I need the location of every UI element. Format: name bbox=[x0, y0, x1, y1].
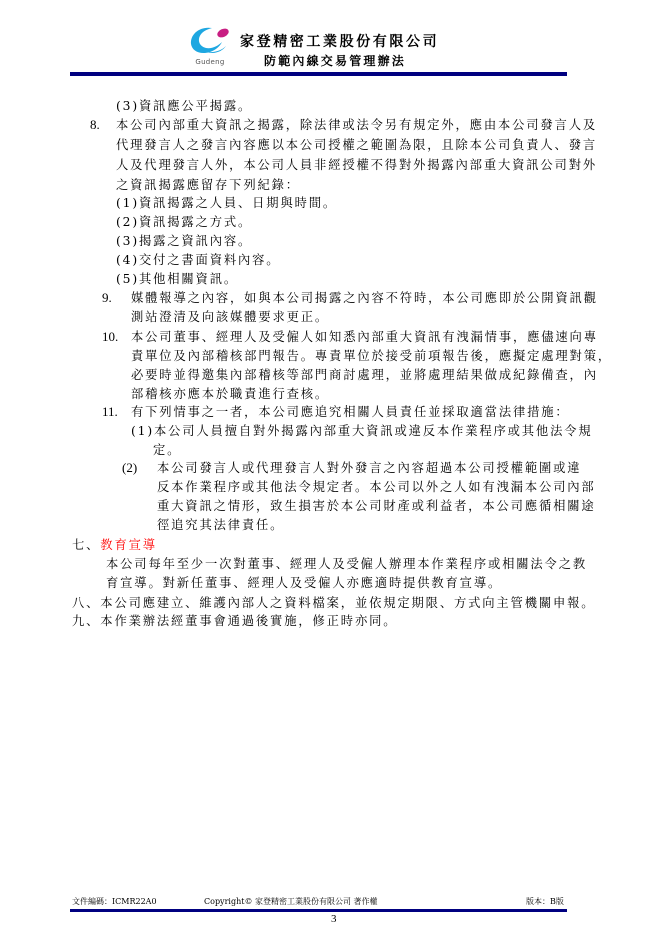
item9-line: 測站澄清及向該媒體要求更正。 bbox=[131, 309, 329, 325]
item11-number: 11. bbox=[102, 404, 118, 420]
item9-number: 9. bbox=[102, 290, 112, 306]
item8-number: 8. bbox=[90, 117, 100, 133]
item11-subitem-2-line: 重大資訊之情形，致生損害於本公司財產或利益者，本公司應循相關途 bbox=[157, 498, 596, 514]
item10-line: 本公司董事、經理人及受僱人如知悉內部重大資訊有洩漏情事，應儘速向專 bbox=[131, 329, 598, 345]
item11-subitem-1-cont: 定。 bbox=[153, 442, 181, 458]
item11-subitem-1: (1)本公司人員擅自對外揭露內部重大資訊或違反本作業程序或其他法令規 bbox=[131, 423, 593, 439]
item11-subitem-2-label: (2) bbox=[122, 460, 137, 476]
gudeng-logo-icon bbox=[186, 24, 234, 58]
item8-line: 之資訊揭露應留存下列紀錄： bbox=[116, 177, 300, 193]
item8-subitem: (4)交付之書面資料內容。 bbox=[116, 252, 280, 268]
company-name: 家登精密工業股份有限公司 bbox=[240, 31, 439, 51]
company-logo: Gudeng bbox=[186, 24, 234, 68]
item11-subitem-2-line: 本公司發言人或代理發言人對外發言之內容超過本公司授權範圍或違 bbox=[157, 460, 581, 476]
section7-title: 教育宣導 bbox=[100, 538, 157, 552]
item8-subitem: (5)其他相關資訊。 bbox=[116, 271, 238, 287]
section7-line: 育宣導。對新任董事、經理人及受僱人亦應適時提供教育宣導。 bbox=[106, 575, 502, 591]
item10-line: 部稽核亦應本於職責進行查核。 bbox=[131, 386, 329, 402]
section7-line: 本公司每年至少一次對董事、經理人及受僱人辦理本作業程序或相關法令之教 bbox=[106, 556, 587, 572]
footer-copyright: Copyright© 家登精密工業股份有限公司 著作權 bbox=[204, 897, 378, 907]
item11-line: 有下列情事之一者，本公司應追究相關人員責任並採取適當法律措施： bbox=[131, 404, 570, 420]
item10-line: 必要時並得邀集內部稽核等部門商討處理，並將處理結果做成紀錄備查，內 bbox=[131, 367, 598, 383]
item9-line: 媒體報導之內容，如與本公司揭露之內容不符時，本公司應即於公開資訊觀 bbox=[131, 290, 598, 306]
footer-version: 版本：B版 bbox=[526, 897, 564, 907]
item7-subitem-3: (3)資訊應公平揭露。 bbox=[116, 98, 252, 114]
item8-line: 本公司內部重大資訊之揭露，除法律或法令另有規定外，應由本公司發言人及 bbox=[116, 117, 597, 133]
item11-subitem-2-line: 反本作業程序或其他法令規定者。本公司以外之人如有洩漏本公司內部 bbox=[157, 479, 596, 495]
header-divider bbox=[70, 72, 567, 76]
item11-subitem-2-line: 徑追究其法律責任。 bbox=[157, 517, 284, 533]
section8-text: 八、本公司應建立、維護內部人之資料檔案，並依規定期限、方式向主管機關申報。 bbox=[72, 595, 595, 611]
item8-line: 代理發言人之發言內容應以本公司授權之範圍為限，且除本公司負責人、發言 bbox=[116, 137, 597, 153]
logo-text: Gudeng bbox=[186, 58, 234, 66]
item10-line: 責單位及內部稽核部門報告。專責單位於接受前項報告後，應擬定處理對策， bbox=[131, 348, 612, 364]
page-number: 3 bbox=[331, 913, 337, 925]
document-title: 防範內線交易管理辦法 bbox=[264, 52, 406, 69]
section7-number: 七、 bbox=[72, 538, 100, 552]
section9-text: 九、本作業辦法經董事會通過後實施，修正時亦同。 bbox=[72, 613, 397, 629]
document-page: Gudeng 家登精密工業股份有限公司 防範內線交易管理辦法 (3)資訊應公平揭… bbox=[0, 0, 649, 937]
item8-line: 人及代理發言人外，本公司人員非經授權不得對外揭露內部重大資訊公司對外 bbox=[116, 157, 597, 173]
section7-heading: 七、教育宣導 bbox=[72, 537, 157, 553]
item8-subitem: (1)資訊揭露之人員、日期與時間。 bbox=[116, 195, 337, 211]
footer-divider bbox=[70, 909, 567, 912]
footer-doc-code: 文件編碼：ICMR22A0 bbox=[72, 897, 157, 907]
item8-subitem: (2)資訊揭露之方式。 bbox=[116, 214, 252, 230]
item8-subitem: (3)揭露之資訊內容。 bbox=[116, 233, 252, 249]
item10-number: 10. bbox=[102, 329, 118, 345]
